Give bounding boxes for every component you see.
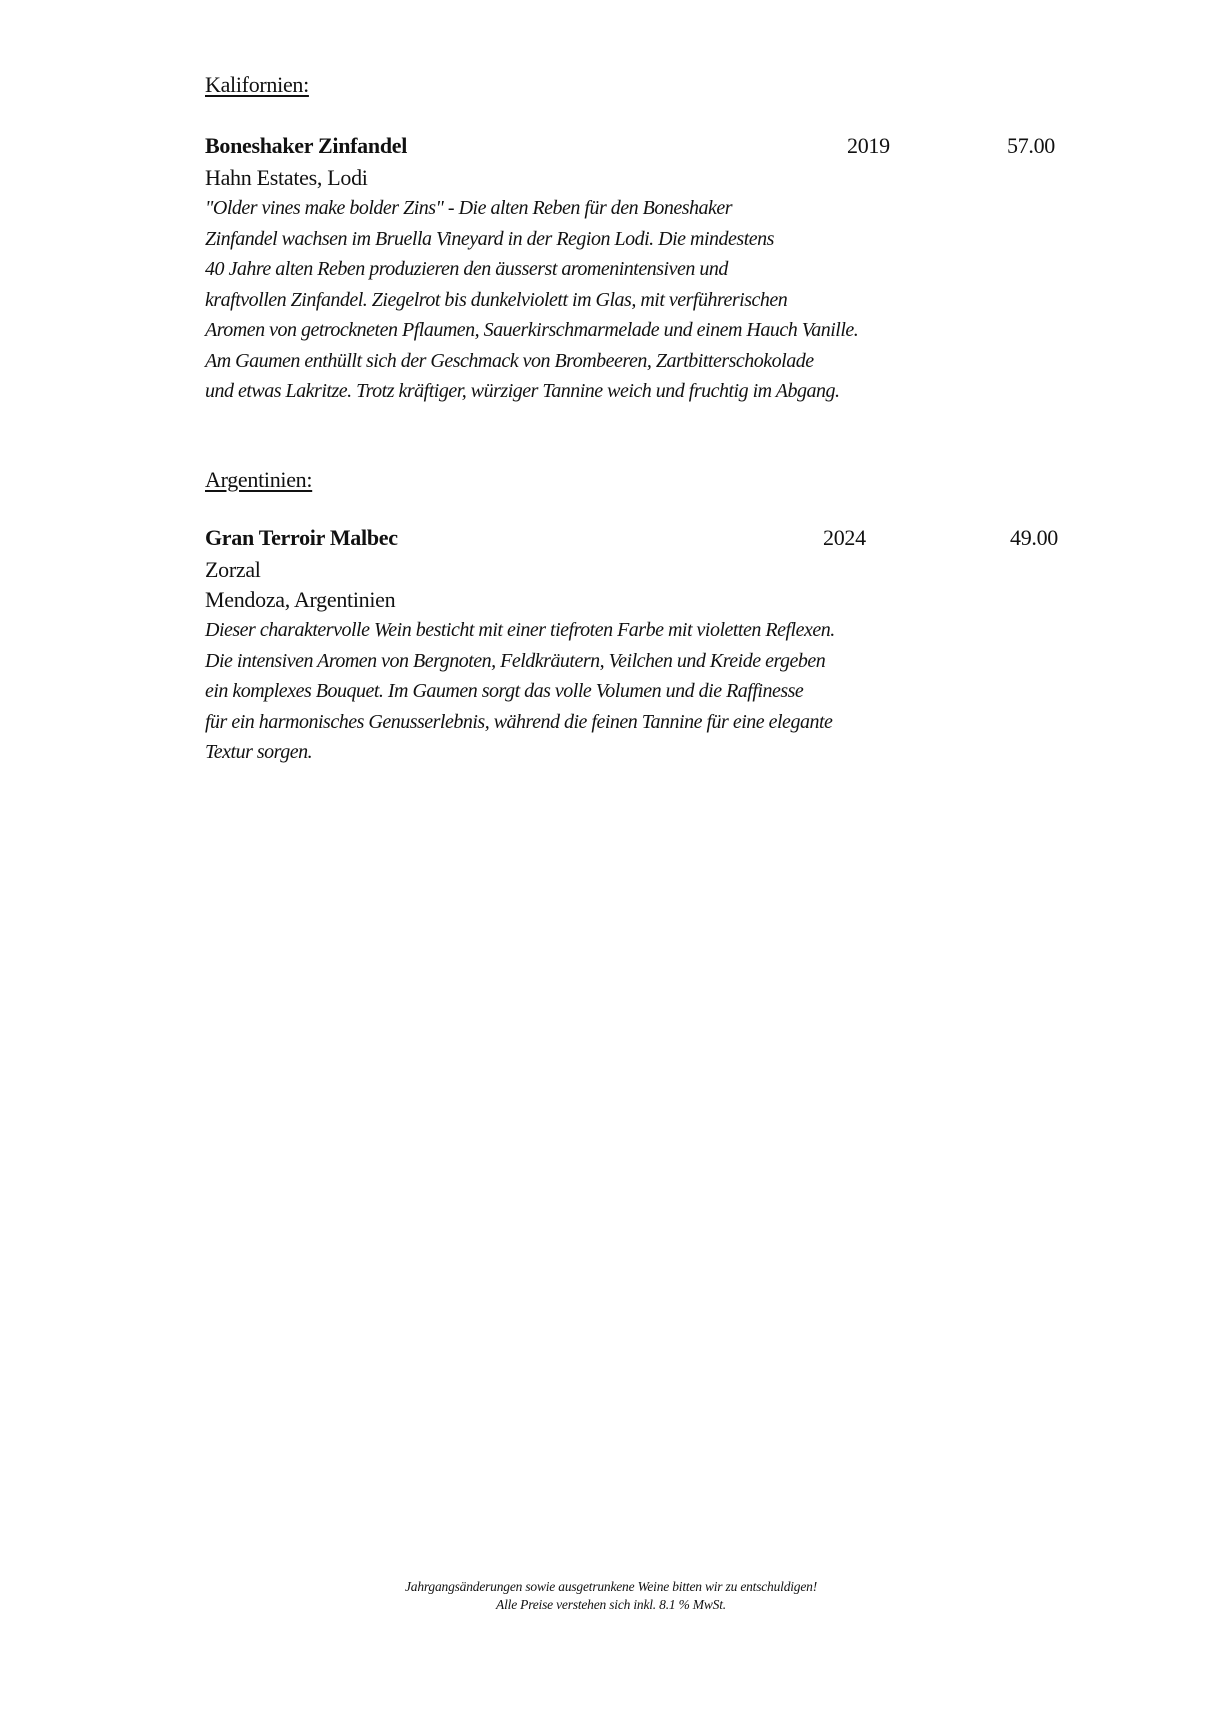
description-line: Die intensiven Aromen von Bergnoten, Fel… (205, 646, 1075, 677)
wine-header: Boneshaker Zinfandel 2019 57.00 (205, 133, 1075, 163)
section-title-argentinien: Argentinien: (205, 467, 312, 493)
wine-vintage: 2019 (847, 133, 890, 159)
wine-description: Dieser charaktervolle Wein besticht mit … (205, 615, 1075, 768)
wine-name: Gran Terroir Malbec (205, 525, 398, 551)
description-line: Zinfandel wachsen im Bruella Vineyard in… (205, 224, 1075, 255)
wine-entry-gran-terroir-malbec: Gran Terroir Malbec 2024 49.00 Zorzal Me… (205, 525, 1075, 768)
wine-description: "Older vines make bolder Zins" - Die alt… (205, 193, 1075, 407)
footer-vat-note: Alle Preise verstehen sich inkl. 8.1 % M… (0, 1596, 1222, 1614)
wine-name: Boneshaker Zinfandel (205, 133, 407, 159)
description-line: Am Gaumen enthüllt sich der Geschmack vo… (205, 346, 1075, 377)
description-line: Textur sorgen. (205, 737, 1075, 768)
wine-price: 49.00 (1010, 525, 1058, 551)
description-line: Aromen von getrockneten Pflaumen, Sauerk… (205, 315, 1075, 346)
description-line: und etwas Lakritze. Trotz kräftiger, wür… (205, 376, 1075, 407)
description-line: für ein harmonisches Genusserlebnis, wäh… (205, 707, 1075, 738)
wine-producer: Zorzal (205, 555, 1075, 585)
description-line: ein komplexes Bouquet. Im Gaumen sorgt d… (205, 676, 1075, 707)
wine-vintage: 2024 (823, 525, 866, 551)
wine-price: 57.00 (1007, 133, 1055, 159)
section-title-kalifornien: Kalifornien: (205, 72, 309, 98)
description-line: kraftvollen Zinfandel. Ziegelrot bis dun… (205, 285, 1075, 316)
page-footer: Jahrgangsänderungen sowie ausgetrunkene … (0, 1578, 1222, 1614)
wine-region: Mendoza, Argentinien (205, 585, 1075, 615)
description-line: 40 Jahre alten Reben produzieren den äus… (205, 254, 1075, 285)
description-line: "Older vines make bolder Zins" - Die alt… (205, 193, 1075, 224)
footer-vintage-note: Jahrgangsänderungen sowie ausgetrunkene … (0, 1578, 1222, 1596)
wine-producer: Hahn Estates, Lodi (205, 163, 1075, 193)
wine-header: Gran Terroir Malbec 2024 49.00 (205, 525, 1075, 555)
description-line: Dieser charaktervolle Wein besticht mit … (205, 615, 1075, 646)
wine-entry-boneshaker-zinfandel: Boneshaker Zinfandel 2019 57.00 Hahn Est… (205, 133, 1075, 407)
